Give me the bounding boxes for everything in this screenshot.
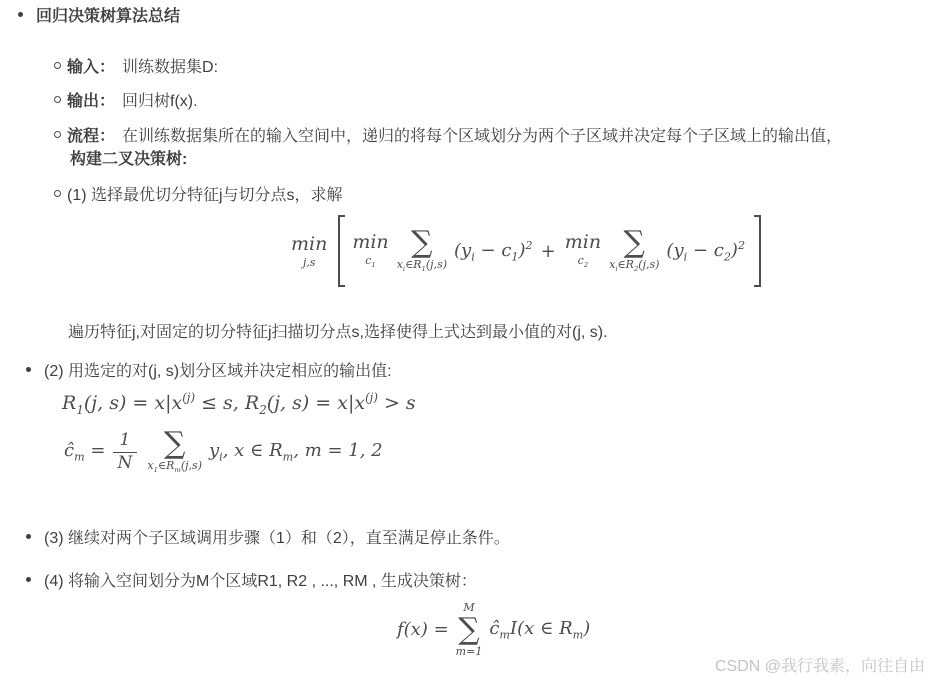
term-y-c2: (yi − c2)2 — [666, 239, 745, 264]
cm-rhs: yi, x ∈ Rm, m = 1, 2 — [209, 440, 383, 464]
page-title: 回归决策树算法总结 — [36, 8, 180, 25]
bullet-circle-icon — [54, 62, 61, 69]
formula-min-split: min j,s min c1 ∑ xi∈R1(j,s) (yi − c1)2 +… — [288, 215, 761, 287]
min-c1-operator: min c1 — [352, 233, 388, 269]
process-text-line1: 在训练数据集所在的输入空间中，递归的将每个区域划分为两个子区域并决定每个子区域上… — [122, 128, 842, 145]
fx-lhs: f(x) = — [397, 619, 449, 640]
bullet-disc-icon — [26, 534, 31, 539]
bullet-circle-icon — [54, 131, 61, 138]
formula-fx: f(x) = M ∑ m=1 ĉmI(x ∈ Rm) — [395, 602, 592, 657]
output-row: 输出：回归树f(x). — [54, 91, 198, 113]
sum-r2: ∑ xi∈R2(j,s) — [609, 229, 659, 273]
bullet-disc-icon — [26, 367, 31, 372]
input-label: 输入： — [67, 59, 115, 76]
fx-rhs: ĉmI(x ∈ Rm) — [489, 618, 590, 642]
step1-text: (1) 选择最优切分特征j与切分点s，求解 — [67, 187, 343, 204]
csdn-watermark: CSDN @我行我素，向往自由 — [715, 653, 925, 676]
step3-text: (3) 继续对两个子区域调用步骤（1）和（2），直至满足停止条件。 — [44, 530, 510, 547]
note1-text: 遍历特征j,对固定的切分特征j扫描切分点s,选择使得上式达到最小值的对(j, s… — [68, 324, 608, 341]
min-c2-operator: min c2 — [565, 233, 601, 269]
bullet-circle-icon — [54, 190, 61, 197]
fraction-one-over-n: 1 N — [113, 432, 138, 473]
article-title-row: 回归决策树算法总结 — [18, 6, 180, 28]
process-label: 流程： — [67, 128, 115, 145]
step4-text: (4) 将输入空间划分为M个区域R1, R2 , ..., RM , 生成决策树… — [44, 573, 477, 590]
bullet-circle-icon — [54, 96, 61, 103]
step4-row: (4) 将输入空间划分为M个区域R1, R2 , ..., RM , 生成决策树… — [26, 571, 477, 593]
sum-m1-to-M: M ∑ m=1 — [456, 602, 483, 657]
sum-r1: ∑ xi∈R1(j,s) — [397, 229, 447, 273]
right-bracket — [754, 215, 761, 287]
bullet-disc-icon — [18, 12, 23, 17]
cm-lhs: ĉm = — [64, 440, 106, 464]
process-text-line2: 构建二叉决策树: — [70, 148, 920, 171]
process-row: 流程：在训练数据集所在的输入空间中，递归的将每个区域划分为两个子区域并决定每个子… — [54, 125, 920, 171]
step1-row: (1) 选择最优切分特征j与切分点s，求解 — [54, 185, 343, 207]
term-y-c1: (yi − c1)2 — [454, 239, 533, 264]
min-js-operator: min j,s — [291, 235, 327, 268]
input-text: 训练数据集D: — [122, 59, 218, 76]
bullet-disc-icon — [26, 577, 31, 582]
article-page: 回归决策树算法总结 输入：训练数据集D: 输出：回归树f(x). 流程：在训练数… — [0, 0, 929, 684]
regions-expression: R1(j, s) = x|x(j) ≤ s, R2(j, s) = x|x(j)… — [62, 392, 416, 414]
step2-text: (2) 用选定的对(j, s)划分区域并决定相应的输出值: — [44, 363, 392, 380]
note1-row: 遍历特征j,对固定的切分特征j扫描切分点s,选择使得上式达到最小值的对(j, s… — [68, 322, 608, 344]
plus-sign: + — [541, 241, 556, 262]
formula-regions: R1(j, s) = x|x(j) ≤ s, R2(j, s) = x|x(j)… — [62, 391, 416, 417]
left-bracket — [338, 215, 345, 287]
formula-cm: ĉm = 1 N ∑ x1∈Rm(j,s) yi, x ∈ Rm, m = 1,… — [62, 430, 385, 474]
sum-rm: ∑ x1∈Rm(j,s) — [147, 430, 202, 474]
output-text: 回归树f(x). — [122, 93, 198, 110]
input-row: 输入：训练数据集D: — [54, 57, 218, 79]
step3-row: (3) 继续对两个子区域调用步骤（1）和（2），直至满足停止条件。 — [26, 528, 510, 550]
output-label: 输出： — [67, 93, 115, 110]
step2-row: (2) 用选定的对(j, s)划分区域并决定相应的输出值: — [26, 361, 392, 383]
